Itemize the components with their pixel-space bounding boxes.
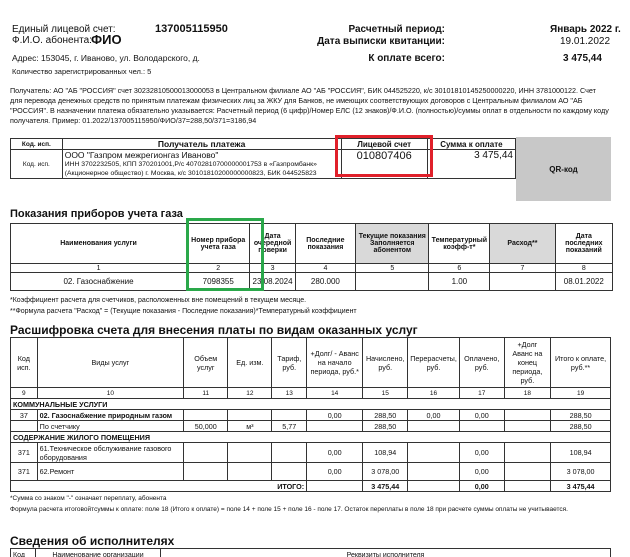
cell: м³ — [228, 421, 272, 432]
cell: 371 — [11, 443, 38, 463]
meters-footnote-2: **Формула расчета "Расход" = (Текущие по… — [10, 306, 357, 317]
total-row: ИТОГО: 3 475,44 0,00 3 475,44 — [11, 481, 611, 492]
cell: 0,00 — [459, 410, 504, 421]
executors-title: Сведения об исполнителях — [10, 534, 174, 548]
breakdown-header: +Долг Аванс на конец периода, руб. — [504, 338, 551, 388]
cell — [228, 463, 272, 481]
group-housing: СОДЕРЖАНИЕ ЖИЛОГО ПОМЕЩЕНИЯ — [11, 432, 611, 443]
org-name: ООО "Газпром межрегионгаз Иваново" — [65, 150, 339, 160]
meters-header: Дата последних показаний — [555, 224, 612, 264]
cell — [11, 421, 38, 432]
payee-table: Код. исп. Получатель платежа Лицевой сче… — [10, 138, 516, 179]
cell: 3 078,00 — [551, 463, 611, 481]
cell — [184, 443, 228, 463]
breakdown-title: Расшифровка счета для внесения платы по … — [10, 323, 418, 337]
cell: 0,00 — [408, 410, 460, 421]
cell: 37 — [11, 410, 38, 421]
meters-table: Наименования услуги Номер прибора учета … — [10, 223, 613, 291]
meters-footnote-1: *Коэффициент расчета для счетчиков, расп… — [10, 295, 306, 306]
cell — [184, 410, 228, 421]
cell: 288,50 — [363, 410, 408, 421]
cell — [504, 410, 551, 421]
cell: 0,00 — [459, 463, 504, 481]
cell — [504, 443, 551, 463]
cell: 371 — [11, 463, 38, 481]
breakdown-colnum: 11 — [184, 388, 228, 399]
service-name: 62.Ремонт — [37, 463, 183, 481]
cell — [504, 481, 551, 492]
meter-number-highlight — [186, 218, 264, 291]
cell — [272, 443, 307, 463]
cell: 50,000 — [184, 421, 228, 432]
table-row: 371 61.Техническое обслуживание газового… — [11, 443, 611, 463]
executors-col-details: Реквизиты исполнителя — [161, 549, 611, 557]
meters-colnum: 8 — [555, 264, 612, 273]
cell: 5,77 — [272, 421, 307, 432]
cell — [408, 421, 460, 432]
cell: 3 475,44 — [551, 481, 611, 492]
cell: 0,00 — [459, 481, 504, 492]
cell: 288,50 — [551, 410, 611, 421]
table-row: 02. Газоснабжение 7098355 23.08.2024 280… — [11, 273, 613, 291]
breakdown-header: Перерасчеты, руб. — [408, 338, 460, 388]
executors-col-name: Наименование организации — [36, 549, 161, 557]
meters-header: Температурный коэфф-т* — [429, 224, 490, 264]
fio-value: ФИО — [91, 32, 122, 47]
meter-service: 02. Газоснабжение — [11, 273, 187, 291]
breakdown-note-1: *Сумма со знаком "-" означает переплату,… — [10, 495, 167, 502]
meters-title: Показания приборов учета газа — [10, 208, 183, 220]
cell — [307, 421, 363, 432]
cell — [272, 410, 307, 421]
breakdown-header: +Долг/ - Аванс на начало периода, руб.* — [307, 338, 363, 388]
cell: 288,50 — [551, 421, 611, 432]
meters-header: Наименования услуги — [11, 224, 187, 264]
meters-colnum: 4 — [295, 264, 355, 273]
payee-col-amount: Сумма к оплате — [427, 139, 515, 150]
total-value: 3 475,44 — [563, 53, 602, 64]
qr-label: QR-код — [549, 165, 577, 174]
cell — [408, 463, 460, 481]
registered-count: Количество зарегистрированных чел.: 5 — [12, 67, 151, 76]
address: Адрес: 153045, г. Иваново, ул. Володарск… — [12, 53, 200, 63]
meters-colnum: 5 — [356, 264, 429, 273]
meters-header: Расход** — [490, 224, 555, 264]
service-name: По счетчику — [37, 421, 183, 432]
cell: 0,00 — [459, 443, 504, 463]
breakdown-colnum: 12 — [228, 388, 272, 399]
cell: 108,94 — [363, 443, 408, 463]
breakdown-colnum: 10 — [37, 388, 183, 399]
table-row: 37 02. Газоснабжение природным газом 0,0… — [11, 410, 611, 421]
meter-last-reading: 280.000 — [295, 273, 355, 291]
breakdown-header: Код исп. — [11, 338, 38, 388]
cell: 0,00 — [307, 463, 363, 481]
breakdown-colnum: 19 — [551, 388, 611, 399]
meter-current-reading-input[interactable] — [356, 273, 429, 291]
cell — [504, 421, 551, 432]
meter-temp-coeff: 1.00 — [429, 273, 490, 291]
breakdown-header: Начислено, руб. — [363, 338, 408, 388]
org-details: ИНН 3702232505, КПП 370201001,Р/с 407028… — [65, 160, 339, 178]
date-value: 19.01.2022 — [560, 36, 610, 47]
cell — [228, 410, 272, 421]
cell — [307, 481, 363, 492]
meters-colnum: 6 — [429, 264, 490, 273]
breakdown-colnum: 13 — [272, 388, 307, 399]
payee-col-code: Код. исп. — [11, 139, 63, 150]
breakdown-header: Ед. изм. — [228, 338, 272, 388]
executors-table: Код Наименование организации Реквизиты и… — [10, 548, 611, 557]
cell — [272, 463, 307, 481]
cell: 0,00 — [307, 410, 363, 421]
total-label: К оплате всего: — [310, 53, 445, 64]
breakdown-header: Тариф, руб. — [272, 338, 307, 388]
cell: 3 475,44 — [363, 481, 408, 492]
table-row: По счетчику 50,000 м³ 5,77 288,50 288,50 — [11, 421, 611, 432]
breakdown-header: Виды услуг — [37, 338, 183, 388]
cell: 288,50 — [363, 421, 408, 432]
period-label: Расчетный период: — [310, 24, 445, 35]
meter-last-reading-date: 08.01.2022 — [555, 273, 612, 291]
breakdown-table: Код исп. Виды услуг Объем услуг Ед. изм.… — [10, 337, 611, 492]
table-row: 371 62.Ремонт 0,00 3 078,00 0,00 3 078,0… — [11, 463, 611, 481]
date-label: Дата выписки квитанции: — [310, 36, 445, 47]
breakdown-colnum: 18 — [504, 388, 551, 399]
breakdown-note-2: Формула расчета итоговойтсуммы к оплате:… — [10, 505, 610, 515]
service-name: 61.Техническое обслуживание газового обо… — [37, 443, 183, 463]
service-name: 02. Газоснабжение природным газом — [37, 410, 183, 421]
breakdown-header: Оплачено, руб. — [459, 338, 504, 388]
meters-colnum: 1 — [11, 264, 187, 273]
meter-consumption — [490, 273, 555, 291]
account-highlight — [335, 135, 433, 177]
breakdown-header: Итого к оплате, руб.** — [551, 338, 611, 388]
recipient-details: Получатель: АО "АБ "РОССИЯ" счет 3023281… — [10, 86, 610, 126]
cell — [504, 463, 551, 481]
els-value: 137005115950 — [155, 23, 228, 35]
cell: 0,00 — [307, 443, 363, 463]
breakdown-colnum: 17 — [459, 388, 504, 399]
meters-header: Последние показания — [295, 224, 355, 264]
amount-due: 3 475,44 — [427, 150, 515, 179]
group-utilities: КОММУНАЛЬНЫЕ УСЛУГИ — [11, 399, 611, 410]
breakdown-colnum: 16 — [408, 388, 460, 399]
payee-row-code: Код. исп. — [11, 150, 63, 179]
meters-header: Текущие показания Заполняется абонентом — [356, 224, 429, 264]
cell — [459, 421, 504, 432]
breakdown-colnum: 9 — [11, 388, 38, 399]
cell — [408, 481, 460, 492]
meters-colnum: 7 — [490, 264, 555, 273]
breakdown-colnum: 15 — [363, 388, 408, 399]
cell: 108,94 — [551, 443, 611, 463]
cell — [408, 443, 460, 463]
total-label: ИТОГО: — [11, 481, 307, 492]
breakdown-header: Объем услуг — [184, 338, 228, 388]
period-value: Январь 2022 г. — [550, 24, 630, 35]
cell — [184, 463, 228, 481]
fio-label: Ф.И.О. абонента: — [12, 35, 92, 46]
breakdown-colnum: 14 — [307, 388, 363, 399]
cell — [228, 443, 272, 463]
cell: 3 078,00 — [363, 463, 408, 481]
executors-col-code: Код — [11, 549, 36, 557]
qr-code-placeholder: QR-код — [516, 137, 611, 201]
payee-col-recipient: Получатель платежа — [62, 139, 341, 150]
